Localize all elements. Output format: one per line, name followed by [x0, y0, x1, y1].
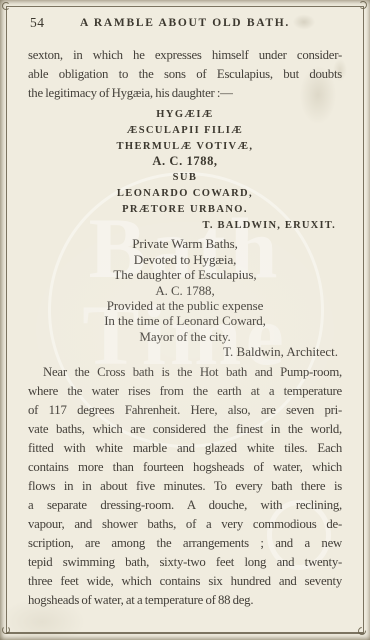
- text-line: vate baths, which are considered the fin…: [28, 420, 342, 439]
- text-line: scription, are among the arrangements ; …: [28, 534, 342, 553]
- text-line: Near the Cross bath is the Hot bath and …: [28, 363, 342, 382]
- page-header: 54 A RAMBLE ABOUT OLD BATH.: [28, 14, 342, 32]
- text-line: a separate dressing-room. A douche, with…: [28, 496, 342, 515]
- translation-line: Provided at the public expense: [28, 298, 342, 313]
- text-line: contains more than fourteen hogsheads of…: [28, 458, 342, 477]
- book-page: Bath Time 54 A RAMBLE ABOUT OLD BATH. se…: [0, 0, 370, 640]
- page-number: 54: [30, 14, 45, 32]
- translation-line: In the time of Leonard Coward,: [28, 313, 342, 328]
- corner-flourish-top-right-icon: [359, 1, 367, 9]
- latin-inscription-credit: T. BALDWIN, ERUXIT.: [28, 218, 342, 234]
- inscription-line: LEONARDO COWARD,: [28, 186, 342, 202]
- closing-paragraph: Near the Cross bath is the Hot bath and …: [28, 363, 342, 610]
- text-line: fitted with white marble and glazed whit…: [28, 439, 342, 458]
- translation-line: Private Warm Baths,: [28, 236, 342, 251]
- text-line: three feet wide, which contains six hund…: [28, 572, 342, 591]
- translation-line: A. C. 1788,: [28, 283, 342, 298]
- text-line: able obligation to the sons of Esculapiu…: [28, 65, 342, 84]
- inscription-line: PRÆTORE URBANO.: [28, 202, 342, 218]
- translation-line: Devoted to Hygæia,: [28, 252, 342, 267]
- english-translation: Private Warm Baths,Devoted to Hygæia,The…: [28, 236, 342, 344]
- text-line: hogsheads of water, at a temperature of …: [28, 591, 342, 610]
- text-line: flows in in about five minutes. To every…: [28, 477, 342, 496]
- inscription-line: THERMULÆ VOTIVÆ,: [28, 139, 342, 155]
- text-line: the legitimacy of Hygæia, his daughter :…: [28, 84, 342, 103]
- text-line: sexton, in which he expresses himself un…: [28, 46, 342, 65]
- translation-line: The daughter of Esculapius,: [28, 267, 342, 282]
- page-content: 54 A RAMBLE ABOUT OLD BATH. sexton, in w…: [6, 6, 364, 634]
- translation-line: Mayor of the city.: [28, 329, 342, 344]
- corner-flourish-bottom-left-icon: [2, 626, 10, 634]
- inscription-line: HYGÆIÆ: [28, 107, 342, 123]
- text-line: of 117 degrees Fahrenheit. Here, also, a…: [28, 401, 342, 420]
- corner-flourish-top-left-icon: [2, 2, 10, 10]
- text-line: where the water rises from the earth at …: [28, 382, 342, 401]
- translation-credit: T. Baldwin, Architect.: [28, 344, 342, 359]
- inscription-line: A. C. 1788,: [28, 154, 342, 170]
- latin-inscription: HYGÆIÆÆSCULAPII FILIÆTHERMULÆ VOTIVÆ,A. …: [28, 107, 342, 218]
- text-line: tepid swimming bath, sixty-two feet long…: [28, 553, 342, 572]
- inscription-line: ÆSCULAPII FILIÆ: [28, 123, 342, 139]
- opening-paragraph: sexton, in which he expresses himself un…: [28, 46, 342, 103]
- running-title: A RAMBLE ABOUT OLD BATH.: [28, 14, 342, 32]
- inscription-line: SUB: [28, 170, 342, 186]
- text-line: vapour, and shower baths, of a very comm…: [28, 515, 342, 534]
